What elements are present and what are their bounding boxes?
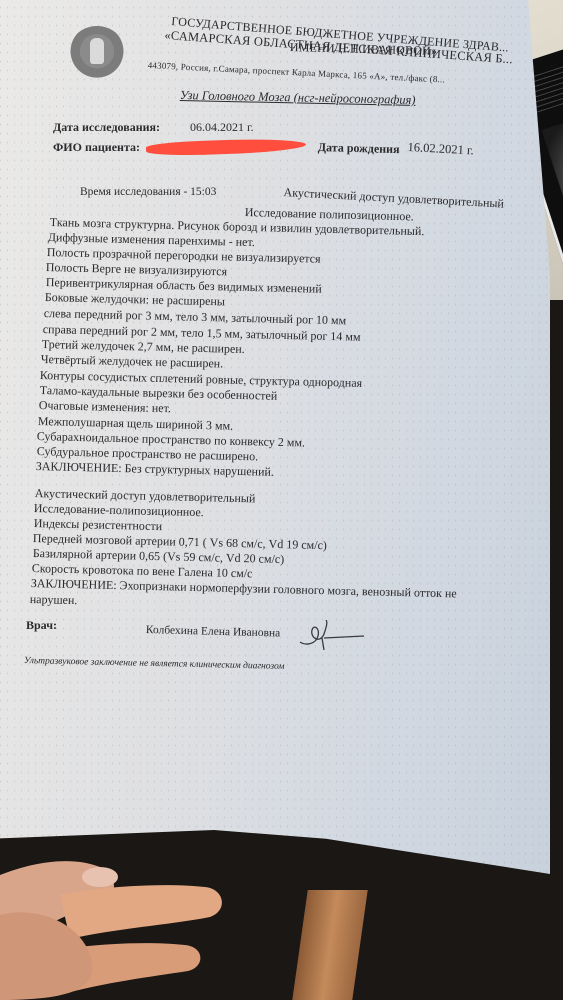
exam-date-label: Дата исследования: [53,120,160,135]
finding-line: Очаговые изменения: нет. [39,398,171,416]
conclusion-perfusion-end: нарушен. [30,592,78,608]
signature-icon [298,620,368,650]
institution-line-3: ИМЕНИ Н.Н.ИВАНОВОЙ» [290,40,438,59]
hospital-emblem-icon [68,26,126,82]
medical-report: ГОСУДАРСТВЕННОЕ БЮДЖЕТНОЕ УЧРЕЖДЕНИЕ ЗДР… [0,0,563,1000]
institution-address: 443079, Россия, г.Самара, проспект Карла… [148,60,446,85]
report-title: Узи Головного Мозга (нсг-нейросонография… [180,88,416,108]
disclaimer-text: Ультразвуковое заключение не является кл… [24,656,285,672]
birth-date-label: Дата рождения [318,140,400,157]
exam-date: 06.04.2021 г. [190,120,254,135]
doctor-name: Колбехина Елена Ивановна [146,624,281,640]
hand [0,855,240,1000]
doctor-label: Врач: [26,618,57,633]
redacted-patient-name [146,137,306,157]
exam-time: Время исследования - 15:03 [80,186,216,198]
patient-name-label: ФИО пациента: [53,140,140,155]
birth-date: 16.02.2021 г. [407,140,474,158]
